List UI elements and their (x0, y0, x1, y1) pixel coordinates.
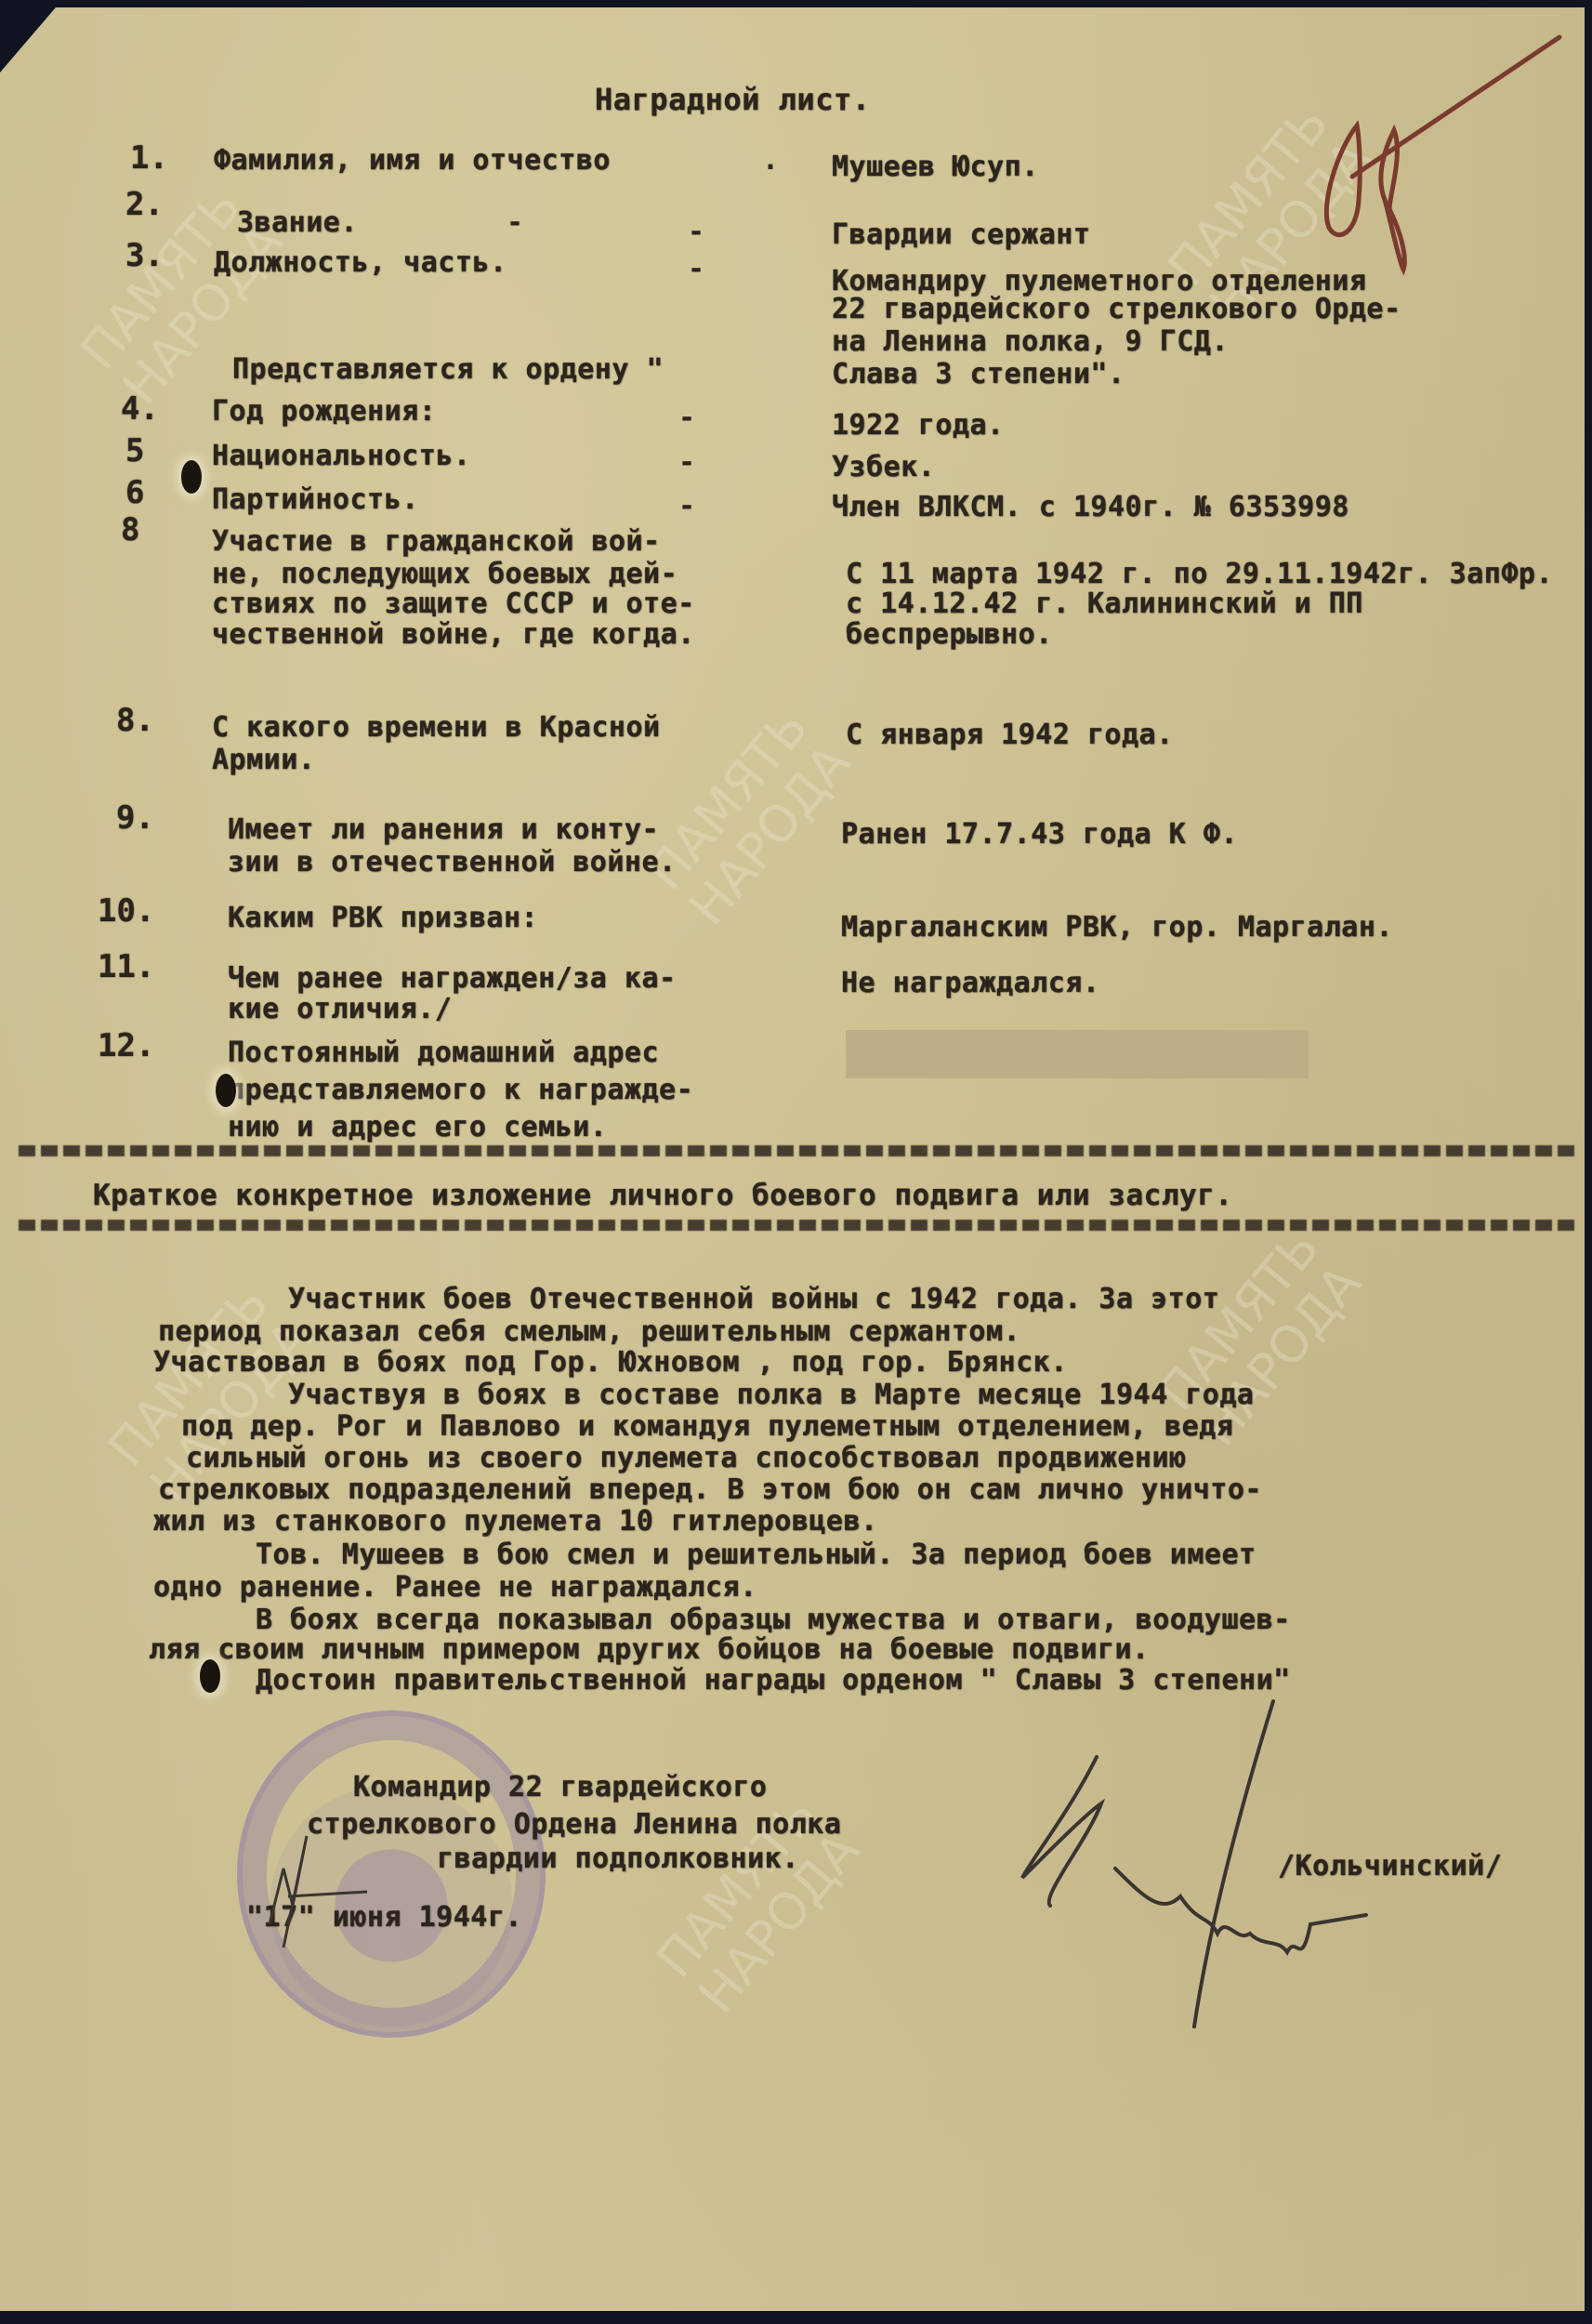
annotation-mark (1326, 37, 1559, 270)
initials-mark (270, 1836, 367, 1948)
commander-signature (1022, 1701, 1366, 2027)
handwriting-overlay (0, 0, 1592, 2324)
